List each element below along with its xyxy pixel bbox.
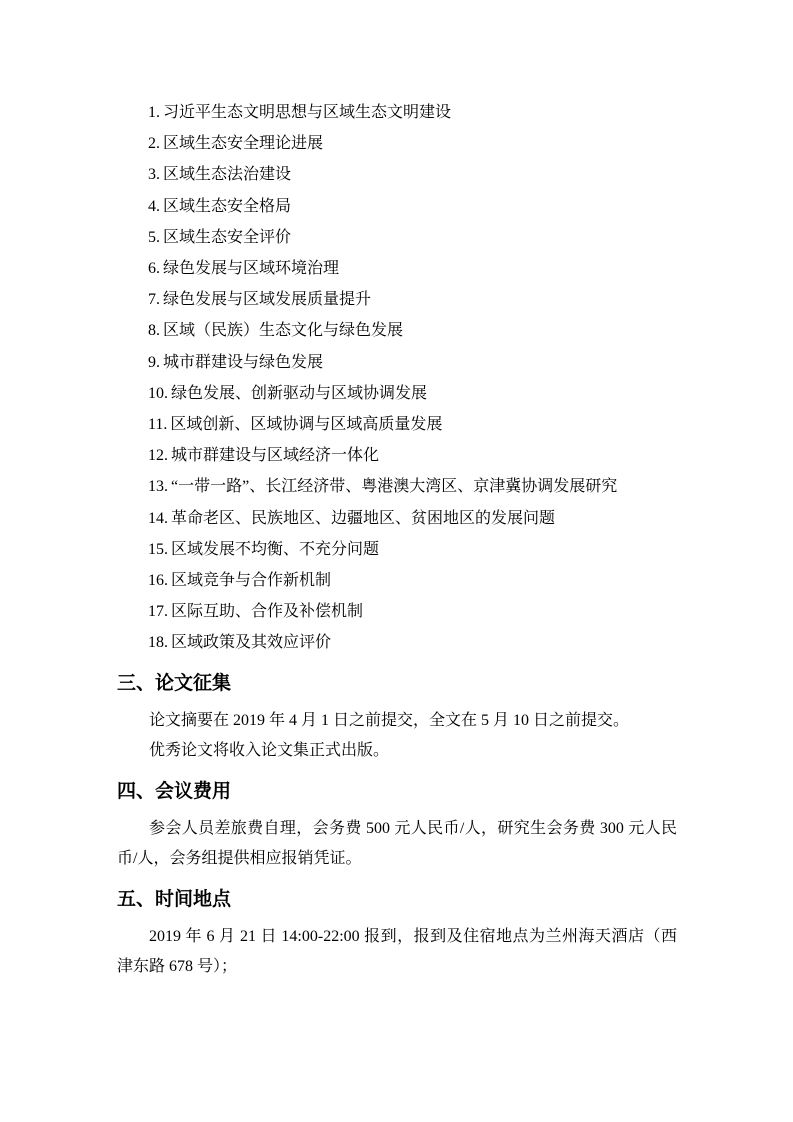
- topic-item: 5.区域生态安全评价: [117, 222, 677, 253]
- topic-number: 16.: [148, 572, 168, 589]
- topic-text: 区域生态安全理论进展: [163, 135, 323, 152]
- document-page: 1.习近平生态文明思想与区域生态文明建设 2.区域生态安全理论进展 3.区域生态…: [0, 0, 793, 1122]
- topic-number: 2.: [148, 135, 160, 152]
- topic-item: 3.区域生态法治建设: [117, 159, 677, 190]
- topic-text: 区域竞争与合作新机制: [171, 572, 331, 589]
- topic-text: 区域发展不均衡、不充分问题: [171, 541, 379, 558]
- topic-text: 区域生态法治建设: [163, 166, 291, 183]
- topic-text: 城市群建设与区域经济一体化: [171, 447, 379, 464]
- topic-number: 12.: [148, 447, 168, 464]
- topic-text: 区际互助、合作及补偿机制: [171, 603, 363, 620]
- topic-number: 1.: [148, 104, 160, 121]
- topic-item: 14.革命老区、民族地区、边疆地区、贫困地区的发展问题: [117, 503, 677, 534]
- topic-text: 区域生态安全格局: [163, 198, 291, 215]
- section-list: 三、论文征集 论文摘要在 2019 年 4 月 1 日之前提交，全文在 5 月 …: [117, 670, 677, 983]
- topic-item: 18.区域政策及其效应评价: [117, 627, 677, 658]
- topic-text: “一带一路”、长江经济带、粤港澳大湾区、京津冀协调发展研究: [171, 478, 617, 495]
- topic-number: 11.: [148, 416, 167, 433]
- section-heading: 五、时间地点: [117, 886, 677, 913]
- topic-text: 区域（民族）生态文化与绿色发展: [163, 322, 403, 339]
- topic-item: 15.区域发展不均衡、不充分问题: [117, 534, 677, 565]
- topic-item: 10.绿色发展、创新驱动与区域协调发展: [117, 378, 677, 409]
- topic-number: 15.: [148, 541, 168, 558]
- topic-number: 5.: [148, 229, 160, 246]
- topic-number: 7.: [148, 291, 160, 308]
- topic-number: 13.: [148, 478, 168, 495]
- topic-text: 习近平生态文明思想与区域生态文明建设: [163, 104, 451, 121]
- topic-number: 6.: [148, 260, 160, 277]
- topic-text: 城市群建设与绿色发展: [163, 354, 323, 371]
- topic-item: 9.城市群建设与绿色发展: [117, 347, 677, 378]
- topic-item: 8.区域（民族）生态文化与绿色发展: [117, 315, 677, 346]
- section-body: 参会人员差旅费自理，会务费 500 元人民币/人，研究生会务费 300 元人民币…: [117, 814, 677, 875]
- topic-item: 1.习近平生态文明思想与区域生态文明建设: [117, 97, 677, 128]
- section: 五、时间地点 2019 年 6 月 21 日 14:00-22:00 报到，报到…: [117, 886, 677, 983]
- topic-number: 14.: [148, 510, 168, 527]
- section: 三、论文征集 论文摘要在 2019 年 4 月 1 日之前提交，全文在 5 月 …: [117, 670, 677, 767]
- topic-text: 革命老区、民族地区、边疆地区、贫困地区的发展问题: [171, 510, 555, 527]
- topic-text: 绿色发展、创新驱动与区域协调发展: [171, 385, 427, 402]
- topic-item: 17.区际互助、合作及补偿机制: [117, 596, 677, 627]
- topic-list: 1.习近平生态文明思想与区域生态文明建设 2.区域生态安全理论进展 3.区域生态…: [117, 97, 677, 659]
- topic-item: 12.城市群建设与区域经济一体化: [117, 440, 677, 471]
- section-body: 2019 年 6 月 21 日 14:00-22:00 报到，报到及住宿地点为兰…: [117, 922, 677, 983]
- section-heading: 四、会议费用: [117, 778, 677, 805]
- topic-number: 9.: [148, 354, 160, 371]
- section-heading: 三、论文征集: [117, 670, 677, 697]
- topic-text: 绿色发展与区域环境治理: [163, 260, 339, 277]
- topic-item: 16.区域竞争与合作新机制: [117, 565, 677, 596]
- section-body: 论文摘要在 2019 年 4 月 1 日之前提交，全文在 5 月 10 日之前提…: [117, 706, 677, 767]
- topic-item: 6.绿色发展与区域环境治理: [117, 253, 677, 284]
- topic-text: 区域政策及其效应评价: [171, 634, 331, 651]
- topic-text: 区域创新、区域协调与区域高质量发展: [170, 416, 442, 433]
- document-content: 1.习近平生态文明思想与区域生态文明建设 2.区域生态安全理论进展 3.区域生态…: [0, 0, 793, 983]
- topic-item: 13.“一带一路”、长江经济带、粤港澳大湾区、京津冀协调发展研究: [117, 471, 677, 502]
- paragraph: 2019 年 6 月 21 日 14:00-22:00 报到，报到及住宿地点为兰…: [117, 922, 677, 983]
- topic-item: 4.区域生态安全格局: [117, 191, 677, 222]
- paragraph: 论文摘要在 2019 年 4 月 1 日之前提交，全文在 5 月 10 日之前提…: [117, 706, 677, 737]
- topic-text: 绿色发展与区域发展质量提升: [163, 291, 371, 308]
- topic-number: 4.: [148, 198, 160, 215]
- topic-number: 10.: [148, 385, 168, 402]
- section: 四、会议费用 参会人员差旅费自理，会务费 500 元人民币/人，研究生会务费 3…: [117, 778, 677, 875]
- topic-item: 11.区域创新、区域协调与区域高质量发展: [117, 409, 677, 440]
- paragraph: 优秀论文将收入论文集正式出版。: [117, 736, 677, 767]
- topic-text: 区域生态安全评价: [163, 229, 291, 246]
- topic-number: 3.: [148, 166, 160, 183]
- topic-item: 7.绿色发展与区域发展质量提升: [117, 284, 677, 315]
- topic-number: 8.: [148, 322, 160, 339]
- paragraph: 参会人员差旅费自理，会务费 500 元人民币/人，研究生会务费 300 元人民币…: [117, 814, 677, 875]
- topic-number: 17.: [148, 603, 168, 620]
- topic-item: 2.区域生态安全理论进展: [117, 128, 677, 159]
- topic-number: 18.: [148, 634, 168, 651]
